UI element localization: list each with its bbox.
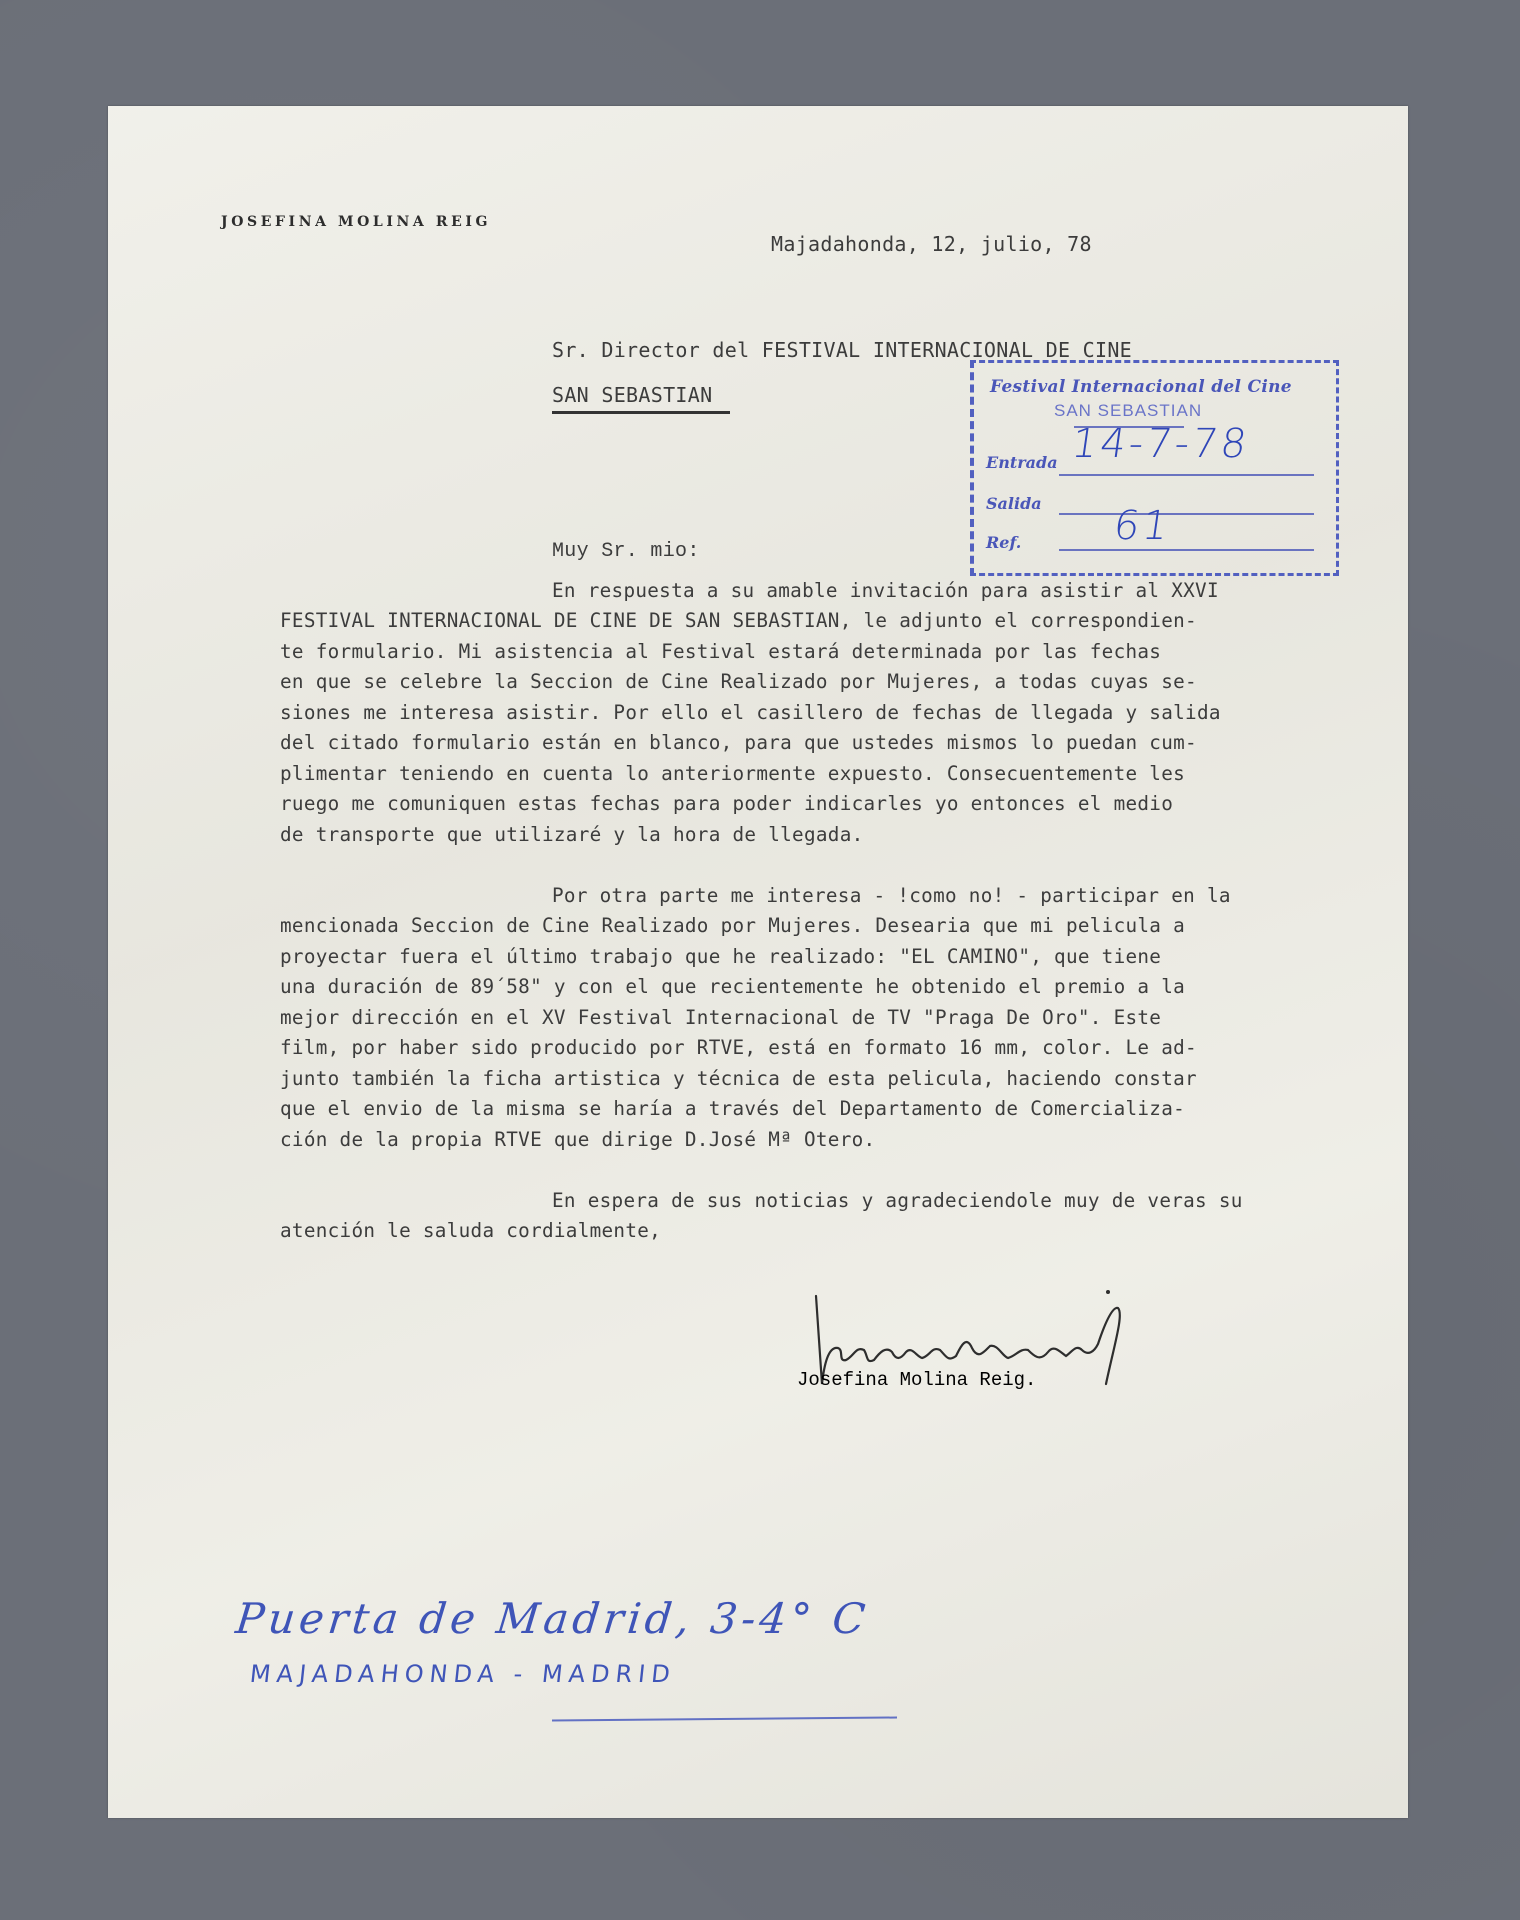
stamp-salida-label: Salida	[986, 494, 1042, 513]
stamp-title: Festival Internacional del Cine	[990, 377, 1292, 397]
body-line: En espera de sus noticias y agradeciendo…	[552, 1189, 1243, 1212]
body-line: te formulario. Mi asistencia al Festival…	[280, 640, 1161, 663]
handwritten-address-line-2: MAJADAHONDA - MADRID	[249, 1660, 678, 1688]
typed-signature-name: Josefina Molina Reig.	[797, 1369, 1036, 1391]
body-line: ción de la propia RTVE que dirige D.José…	[280, 1128, 875, 1151]
reception-stamp: Festival Internacional del Cine SAN SEBA…	[970, 360, 1339, 576]
body-line: mejor dirección en el XV Festival Intern…	[280, 1006, 1161, 1029]
stamp-ref-line	[1059, 549, 1314, 551]
letterhead-name: JOSEFINA MOLINA REIG	[221, 214, 491, 230]
handwritten-address-line-1: Puerta de Madrid, 3-4° C	[233, 1594, 871, 1643]
body-line: atención le saluda cordialmente,	[280, 1219, 661, 1242]
body-line: siones me interesa asistir. Por ello el …	[280, 701, 1221, 724]
body-line: En respuesta a su amable invitación para…	[552, 579, 1219, 602]
stamp-entrada-line	[1059, 474, 1314, 476]
recipient-underline	[552, 411, 730, 414]
stamp-entrada-value: 14-7-78	[1069, 421, 1253, 467]
date-line: Majadahonda, 12, julio, 78	[771, 232, 1092, 256]
body-line: proyectar fuera el último trabajo que he…	[280, 945, 1161, 968]
stamp-entrada-label: Entrada	[986, 453, 1058, 472]
body-line: junto también la ficha artistica y técni…	[280, 1067, 1197, 1090]
stamp-ref-label: Ref.	[986, 533, 1021, 552]
handwritten-underline	[552, 1716, 897, 1721]
body-line: ruego me comuniquen estas fechas para po…	[280, 792, 1173, 815]
recipient-line-1: Sr. Director del FESTIVAL INTERNACIONAL …	[552, 338, 1132, 362]
stamp-ref-value: 61	[1111, 503, 1174, 549]
body-line: plimentar teniendo en cuenta lo anterior…	[280, 762, 1185, 785]
body-line: Por otra parte me interesa - !como no! -…	[552, 884, 1231, 907]
salutation: Muy Sr. mio:	[552, 540, 700, 563]
body-line: film, por haber sido producido por RTVE,…	[280, 1036, 1197, 1059]
body-line: que el envio de la misma se haría a trav…	[280, 1097, 1185, 1120]
body-line: FESTIVAL INTERNACIONAL DE CINE DE SAN SE…	[280, 609, 1197, 632]
body-line: del citado formulario están en blanco, p…	[280, 731, 1197, 754]
recipient-line-2: SAN SEBASTIAN	[552, 383, 712, 407]
stamp-salida-line	[1059, 513, 1314, 515]
body-line: de transporte que utilizaré y la hora de…	[280, 823, 864, 846]
body-line: una duración de 89´58" y con el que reci…	[280, 975, 1185, 998]
body-line: mencionada Seccion de Cine Realizado por…	[280, 914, 1185, 937]
body-line: en que se celebre la Seccion de Cine Rea…	[280, 670, 1197, 693]
letter-paper: JOSEFINA MOLINA REIG Majadahonda, 12, ju…	[108, 106, 1408, 1818]
stamp-city: SAN SEBASTIAN	[1054, 401, 1202, 421]
